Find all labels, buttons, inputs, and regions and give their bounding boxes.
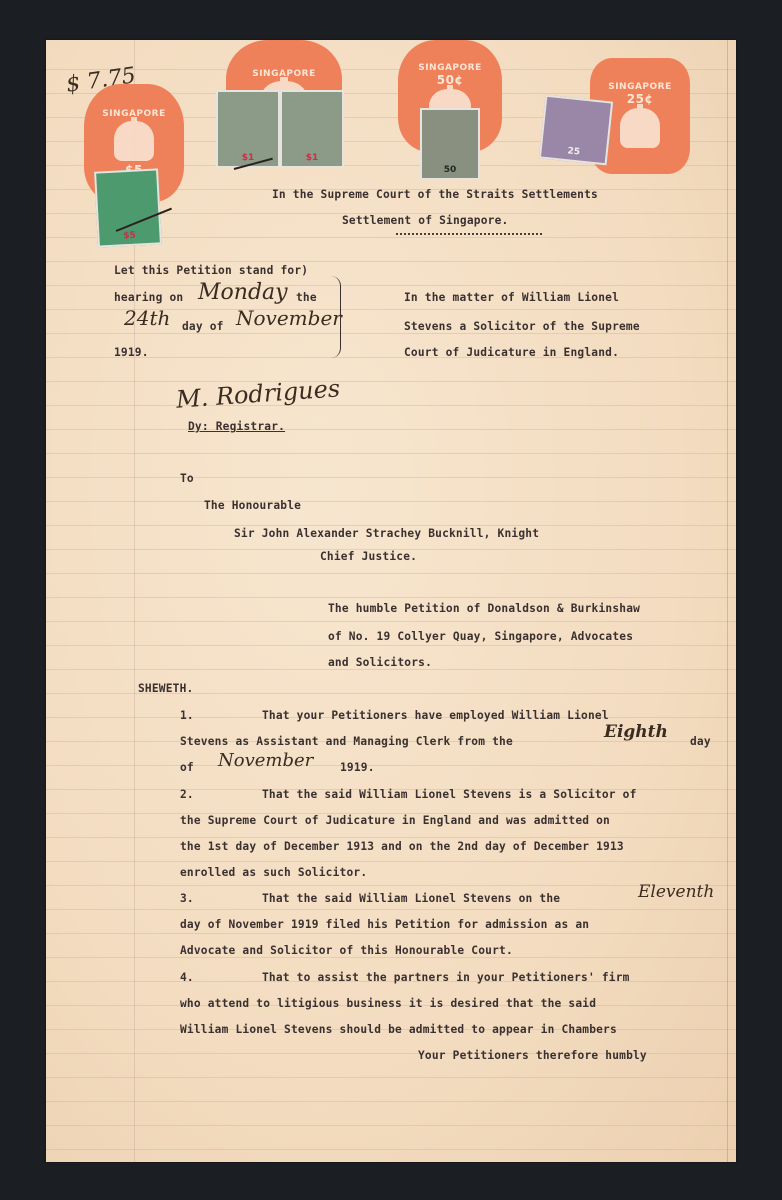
petitioner-line-3: and Solicitors. — [328, 656, 432, 669]
adhesive-stamp-purple: 25 — [539, 95, 613, 166]
paragraph-1-line-1: That your Petitioners have employed Will… — [262, 709, 609, 722]
hearing-line-2-prefix: hearing on — [114, 291, 183, 304]
paragraph-1-of-word: of — [180, 761, 194, 774]
adhesive-stamp-50: 50 — [420, 108, 480, 180]
hearing-day-handwritten: Monday — [198, 280, 288, 305]
stamp-value: 25 — [567, 146, 581, 157]
paragraph-1-line-2: Stevens as Assistant and Managing Clerk … — [180, 735, 513, 748]
paragraph-4-line-2: who attend to litigious business it is d… — [180, 997, 596, 1010]
crown-icon — [620, 108, 660, 147]
stamp-value: 50 — [444, 165, 457, 175]
paragraph-3-handwritten-day: Eleventh — [638, 882, 714, 902]
paragraph-4-line-4: Your Petitioners therefore humbly — [418, 1049, 647, 1062]
addressee-honourable: The Honourable — [204, 499, 301, 512]
paragraph-4-line-1: That to assist the partners in your Peti… — [262, 971, 630, 984]
sheweth-heading: SHEWETH. — [138, 682, 193, 695]
stamp-country: SINGAPORE — [418, 63, 482, 73]
settlement-heading: Settlement of Singapore. — [342, 214, 508, 227]
adhesive-stamp-green-5-dollar: $5 — [94, 168, 162, 247]
paragraph-1-day-word: day — [690, 735, 711, 748]
paragraph-3-line-1: That the said William Lionel Stevens on … — [262, 892, 560, 905]
paragraph-2-line-2: the Supreme Court of Judicature in Engla… — [180, 814, 610, 827]
paragraph-2-line-3: the 1st day of December 1913 and on the … — [180, 840, 624, 853]
hearing-line-3-mid: day of — [182, 320, 224, 333]
stamp-value: $1 — [242, 153, 255, 163]
adhesive-stamp-1-dollar-left: $1 — [216, 90, 280, 168]
paragraph-2-line-1: That the said William Lionel Stevens is … — [262, 788, 637, 801]
matter-line-2: Stevens a Solicitor of the Supreme — [404, 320, 640, 333]
paragraph-4-number: 4. — [180, 971, 194, 984]
paragraph-1-handwritten-day: Eighth — [604, 722, 668, 742]
crown-icon — [114, 121, 154, 161]
addressee-to: To — [180, 472, 194, 485]
registrar-title: Dy: Registrar. — [188, 420, 285, 433]
petition-document: $ 7.75 SINGAPORE $5 $5 SINGAPORE $1 $1 S… — [46, 40, 736, 1162]
petitioner-line-2: of No. 19 Collyer Quay, Singapore, Advoc… — [328, 630, 633, 643]
paragraph-3-line-2: day of November 1919 filed his Petition … — [180, 918, 589, 931]
paragraph-4-line-3: William Lionel Stevens should be admitte… — [180, 1023, 617, 1036]
stamp-value: $1 — [306, 153, 319, 163]
page-edge-line — [727, 40, 728, 1162]
hearing-line-2-suffix: the — [296, 291, 317, 304]
heading-underline — [396, 233, 542, 235]
hearing-line-1: Let this Petition stand for) — [114, 264, 308, 277]
matter-line-3: Court of Judicature in England. — [404, 346, 619, 359]
adhesive-stamp-1-dollar-right: $1 — [280, 90, 344, 168]
hearing-date-handwritten: 24th — [124, 306, 170, 330]
stamp-country: SINGAPORE — [608, 82, 672, 92]
paragraph-3-line-3: Advocate and Solicitor of this Honourabl… — [180, 944, 513, 957]
paragraph-2-line-4: enrolled as such Solicitor. — [180, 866, 367, 879]
addressee-name: Sir John Alexander Strachey Bucknill, Kn… — [234, 527, 539, 540]
petitioner-line-1: The humble Petition of Donaldson & Burki… — [328, 602, 640, 615]
hearing-month-handwritten: November — [236, 306, 342, 330]
addressee-title: Chief Justice. — [320, 550, 417, 563]
matter-line-1: In the matter of William Lionel — [404, 291, 619, 304]
court-heading: In the Supreme Court of the Straits Sett… — [272, 188, 598, 201]
brace — [330, 276, 341, 358]
paragraph-1-year: 1919. — [340, 761, 375, 774]
paragraph-1-number: 1. — [180, 709, 194, 722]
hearing-line-4: 1919. — [114, 346, 149, 359]
paragraph-3-number: 3. — [180, 892, 194, 905]
paragraph-2-number: 2. — [180, 788, 194, 801]
stamp-value: $5 — [123, 231, 136, 242]
paragraph-1-handwritten-month: November — [218, 750, 313, 771]
